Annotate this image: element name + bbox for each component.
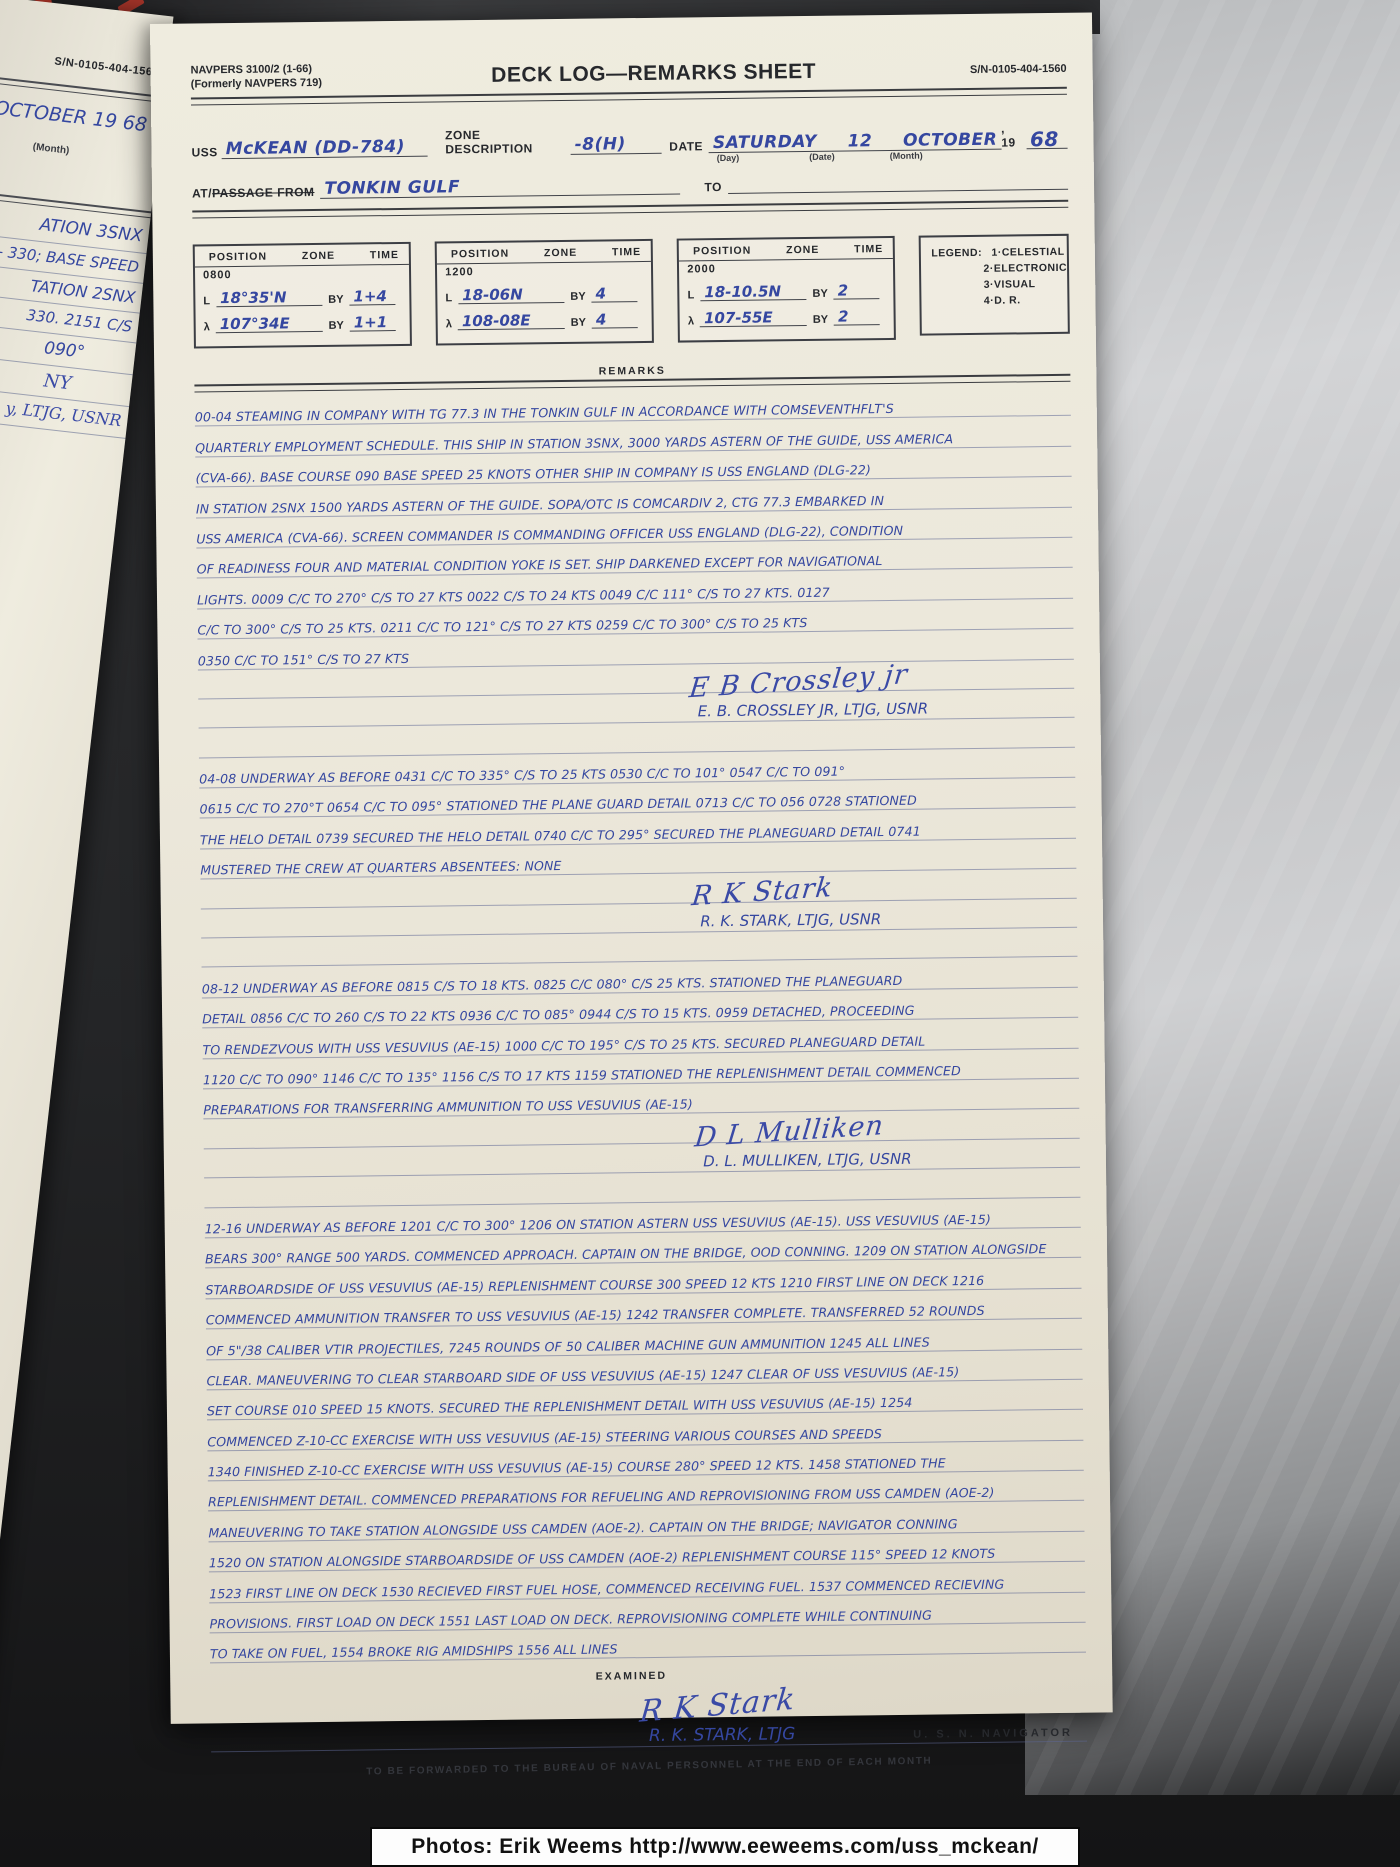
watch-entry-04-08: 04-08 UNDERWAY AS BEFORE 0431 C/C TO 335… (199, 747, 1077, 967)
legend-item: 1·CELESTIAL (985, 246, 1064, 259)
lon-by-value: 1+1 (350, 314, 392, 331)
left-page-sub-month: (Month) (32, 142, 70, 157)
by-label: BY (328, 320, 343, 332)
divider (192, 200, 1068, 219)
left-page-serial: S/N-0105-404-1560 (54, 55, 160, 79)
page-title: DECK LOG—REMARKS SHEET (410, 55, 896, 89)
lat-value: 18-10.5N (700, 283, 785, 300)
signature-printed-name: R. K. STARK, LTJG, USNR (700, 910, 881, 930)
ship-field: McKEAN (DD-784) (222, 138, 428, 160)
position-boxes: POSITION ZONE TIME 0800 L 18°35'N BY 1+4… (193, 234, 1070, 349)
lon-value: 108-08E (458, 312, 535, 329)
signature-printed-name: D. L. MULLIKEN, LTJG, USNR (703, 1150, 912, 1171)
date-day-value: SATURDAY (709, 133, 821, 152)
passage-field: TONKIN GULF (320, 176, 680, 199)
photo-caption: Photos: Erik Weems http://www.eeweems.co… (411, 1835, 1039, 1859)
lat-value: 18-06N (458, 286, 527, 303)
left-page-line: 090° (43, 338, 86, 363)
passage-from-label: PASSAGE FROM (212, 185, 315, 200)
position-box-1200: POSITION ZONE TIME 1200 L 18-06N BY 4 λ … (435, 239, 654, 346)
left-page-line: NY (43, 370, 73, 394)
to-field (728, 175, 1068, 194)
remarks-body: 00-04 STEAMING IN COMPANY WITH TG 77.3 I… (195, 386, 1088, 1778)
position-box-0800: POSITION ZONE TIME 0800 L 18°35'N BY 1+4… (193, 242, 412, 349)
lon-value: 107°34E (216, 315, 294, 332)
lat-by-value: 1+4 (349, 288, 391, 305)
previous-log-page: S/N-0105-404-1560 OCTOBER 19 68 (te) (Mo… (0, 0, 173, 1765)
left-page-line: - 330; BASE SPEED (0, 242, 140, 276)
lat-by-value: 2 (834, 282, 853, 298)
date-field: SATURDAY 12 OCTOBER (709, 131, 1001, 154)
zone-label: ZONE DESCRIPTION (445, 127, 565, 156)
form-serial: S/N-0105-404-1560 (896, 53, 1066, 77)
date-label: DATE (669, 139, 703, 153)
lon-by-value: 4 (592, 311, 611, 327)
forward-note: TO BE FORWARDED TO THE BUREAU OF NAVAL P… (211, 1753, 1087, 1781)
lon-by-value: 2 (834, 308, 853, 324)
lon-value: 107-55E (700, 309, 777, 326)
navigator-label: U. S. N. NAVIGATOR (913, 1727, 1073, 1741)
legend-item: 2·ELECTRONIC (931, 262, 1067, 276)
ship-value: McKEAN (DD-784) (222, 138, 409, 158)
legend-box: LEGEND: 1·CELESTIAL 2·ELECTRONIC 3·VISUA… (919, 234, 1070, 336)
ship-label: USS (191, 145, 217, 159)
left-page-date: OCTOBER 19 68 (0, 97, 148, 136)
zone-value: -8(H) (571, 135, 630, 154)
rule-line (0, 185, 151, 219)
date-date-value: 12 (844, 132, 877, 150)
year-value: 68 (1026, 130, 1063, 148)
lon-label: λ (204, 321, 210, 333)
form-header: NAVPERS 3100/2 (1-66) (Formerly NAVPERS … (190, 53, 1066, 92)
by-label: BY (328, 294, 343, 306)
photo-caption-bar: Photos: Erik Weems http://www.eeweems.co… (372, 1829, 1078, 1865)
watch-entry-00-04: 00-04 STEAMING IN COMPANY WITH TG 77.3 I… (195, 386, 1075, 758)
position-header: POSITION (209, 251, 267, 264)
zone-field: -8(H) (571, 135, 662, 155)
to-label: TO (704, 180, 722, 194)
at-label: AT/ (192, 186, 212, 200)
year-prefix: , 19 (1001, 121, 1022, 149)
examined-label: EXAMINED (596, 1670, 668, 1683)
form-number: NAVPERS 3100/2 (1-66) (Formerly NAVPERS … (190, 61, 410, 92)
legend-item: 3·VISUAL (932, 278, 1068, 292)
watch-entry-12-16: 12-16 UNDERWAY AS BEFORE 1201 C/C TO 300… (204, 1197, 1086, 1664)
lat-label: L (203, 295, 210, 307)
legend-label: LEGEND: (931, 247, 982, 260)
date-month-value: OCTOBER (899, 131, 1001, 150)
sub-month: (Month) (890, 151, 923, 161)
deck-log-page: NAVPERS 3100/2 (1-66) (Formerly NAVPERS … (150, 12, 1113, 1723)
watch-entry-08-12: 08-12 UNDERWAY AS BEFORE 0815 C/S TO 18 … (202, 957, 1081, 1208)
year-field: 68 (1026, 130, 1068, 150)
signature-printed-name: E. B. CROSSLEY JR, LTJG, USNR (698, 700, 929, 721)
passage-row: AT/PASSAGE FROM TONKIN GULF TO (192, 171, 1068, 201)
lat-value: 18°35'N (216, 289, 291, 306)
legend-item: 4·D. R. (932, 294, 1068, 308)
position-box-2000: POSITION ZONE TIME 2000 L 18-10.5N BY 2 … (677, 236, 896, 343)
passage-value: TONKIN GULF (320, 178, 464, 198)
sub-day: (Day) (717, 153, 740, 163)
signature-printed-name: R. K. STARK, LTJG (649, 1725, 796, 1747)
lat-by-value: 4 (592, 285, 611, 301)
sub-date: (Date) (809, 152, 835, 162)
